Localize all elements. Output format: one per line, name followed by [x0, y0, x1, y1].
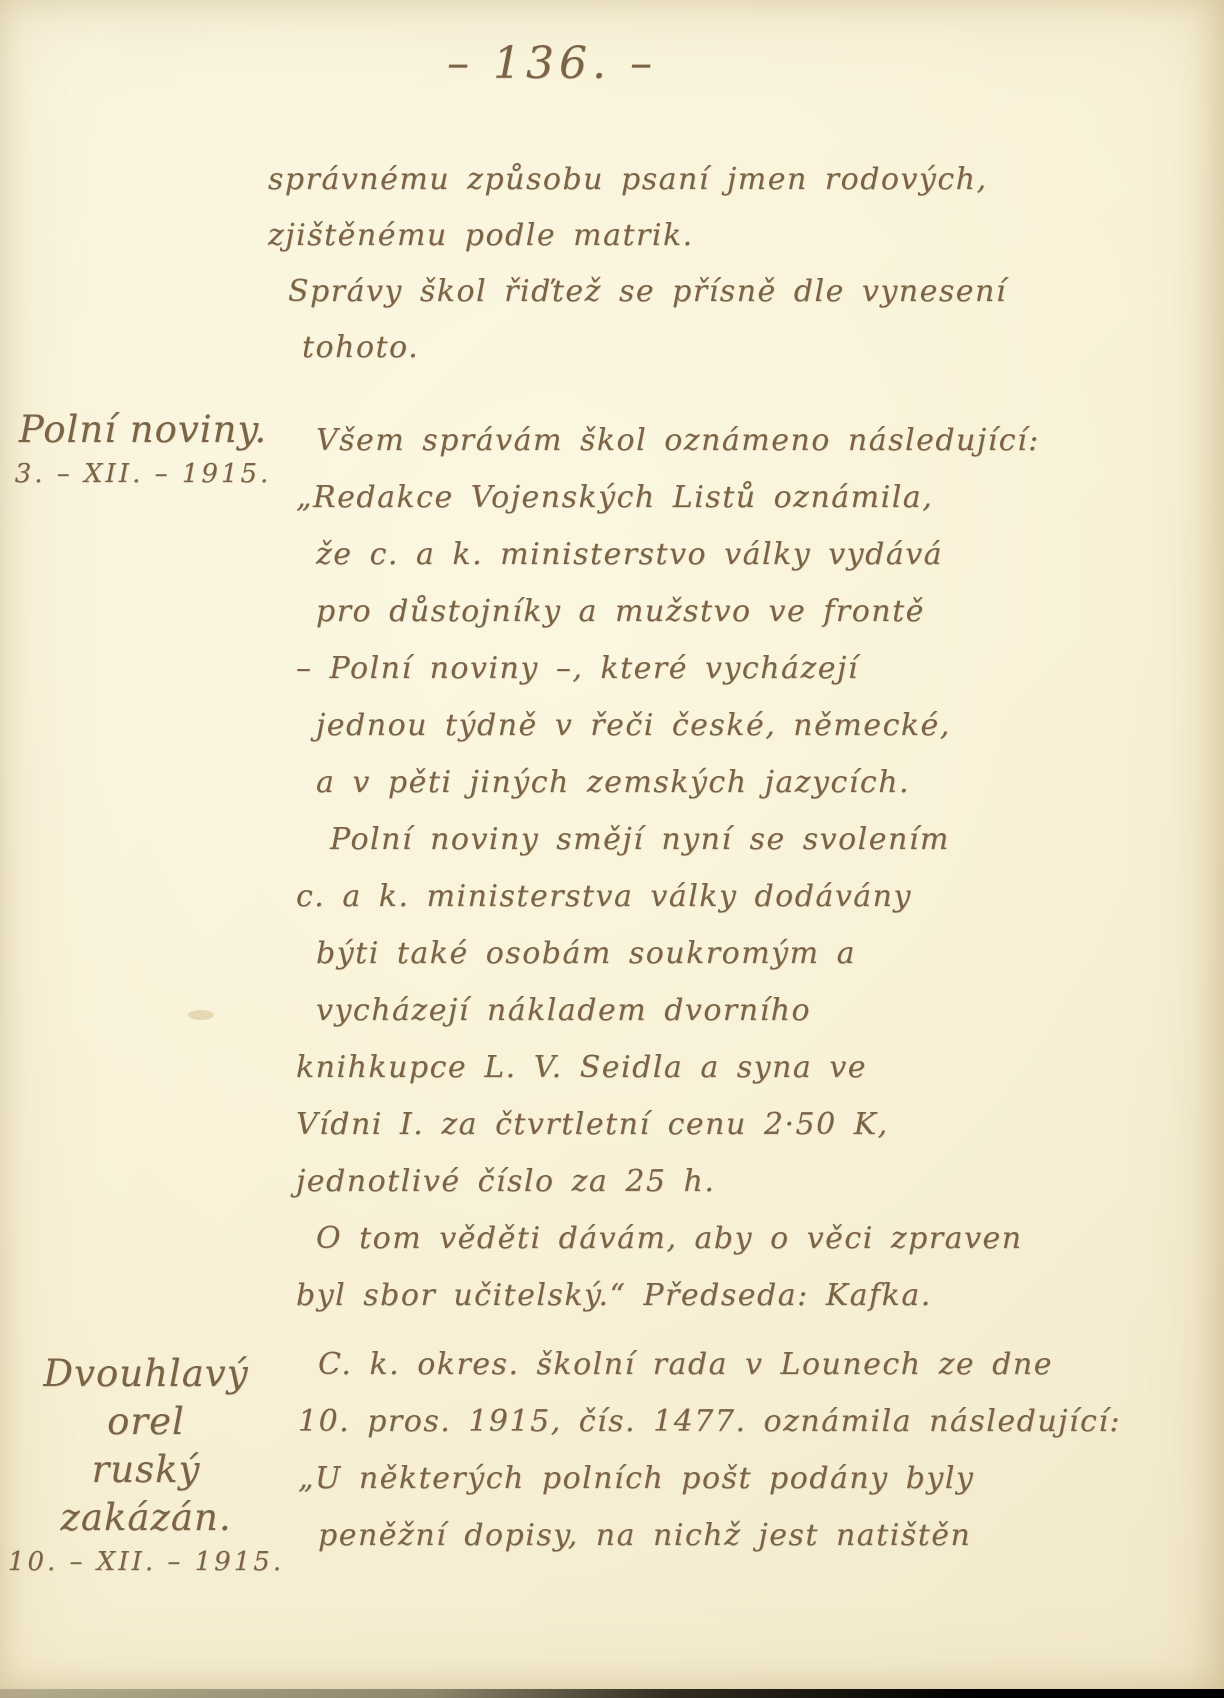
margin-note-title: ruský zakázán. [0, 1446, 292, 1542]
body-line: – Polní noviny –, které vycházejí [296, 640, 1066, 697]
intro-line: zjištěnému podle matrik. [268, 208, 1048, 264]
page-number: – 136. – [0, 38, 1104, 89]
intro-line: tohoto. [302, 320, 1048, 376]
body-line: Vídni I. za čtvrtletní cenu 2·50 K, [296, 1096, 1066, 1153]
body-line: „U některých polních pošt podány byly [298, 1450, 1088, 1507]
entry-polni-noviny-body: Všem správám škol oznámeno následující: … [296, 412, 1066, 1324]
body-line: 10. pros. 1915, čís. 1477. oznámila násl… [298, 1393, 1088, 1450]
margin-note-date: 3. – XII. – 1915. [12, 454, 274, 494]
intro-line: Správy škol řiďtež se přísně dle vynesen… [288, 264, 1048, 320]
margin-note-title: Dvouhlavý orel [0, 1350, 292, 1446]
margin-note-dvouhlavy-orel: Dvouhlavý orel ruský zakázán. 10. – XII.… [0, 1350, 292, 1582]
body-line: byl sbor učitelský.“ Předseda: Kafka. [296, 1267, 1066, 1324]
margin-note-date: 10. – XII. – 1915. [0, 1542, 292, 1582]
margin-note-polni-noviny: Polní noviny. 3. – XII. – 1915. [12, 406, 274, 494]
body-line: „Redakce Vojenských Listů oznámila, [296, 469, 1066, 526]
body-line: jednou týdně v řeči české, německé, [316, 697, 1066, 754]
entry-dvouhlavy-orel-body: C. k. okres. školní rada v Lounech ze dn… [298, 1336, 1088, 1564]
body-line: jednotlivé číslo za 25 h. [296, 1153, 1066, 1210]
body-line: a v pěti jiných zemských jazycích. [316, 754, 1066, 811]
intro-paragraph: správnému způsobu psaní jmen rodových, z… [268, 152, 1048, 376]
body-line: knihkupce L. V. Seidla a syna ve [296, 1039, 1066, 1096]
chronicle-page: – 136. – správnému způsobu psaní jmen ro… [0, 0, 1224, 1698]
body-line: O tom věděti dávám, aby o věci zpraven [316, 1210, 1066, 1267]
body-line: že c. a k. ministerstvo války vydává [316, 526, 1066, 583]
margin-note-title: Polní noviny. [12, 406, 274, 454]
intro-line: správnému způsobu psaní jmen rodových, [268, 152, 1048, 208]
body-line: peněžní dopisy, na nichž jest natištěn [318, 1507, 1088, 1564]
body-line: pro důstojníky a mužstvo ve frontě [316, 583, 1066, 640]
body-line: c. a k. ministerstva války dodávány [296, 868, 1066, 925]
scan-edge [0, 1689, 1224, 1698]
body-line: C. k. okres. školní rada v Lounech ze dn… [318, 1336, 1088, 1393]
body-line: býti také osobám soukromým a [316, 925, 1066, 982]
body-line: Polní noviny smějí nyní se svolením [330, 811, 1066, 868]
body-line: vycházejí nákladem dvorního [316, 982, 1066, 1039]
body-line: Všem správám škol oznámeno následující: [316, 412, 1066, 469]
paper-smudge [188, 1010, 214, 1020]
